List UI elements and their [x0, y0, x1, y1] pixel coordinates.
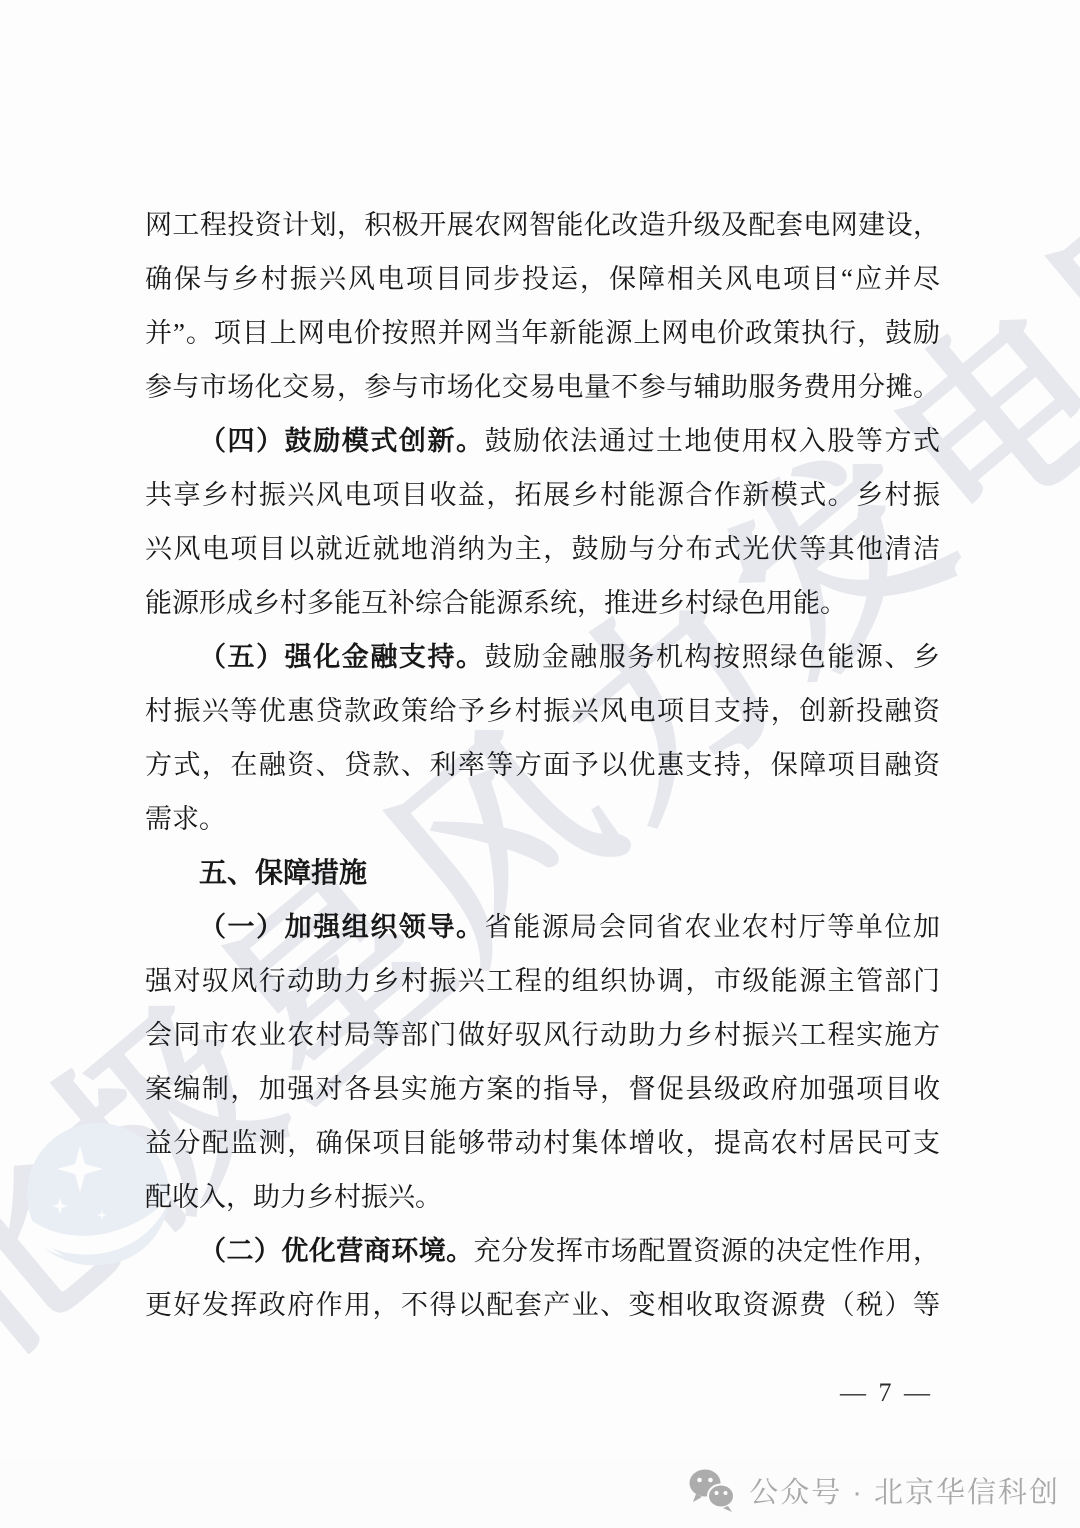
text-segment: （一）加强组织领导。 — [199, 912, 485, 942]
section-heading: 五、保障措施 — [145, 846, 940, 900]
text-segment: 会同市农业农村局等部门做好驭风行动助力乡村振兴工程实施方 — [145, 1020, 940, 1050]
text-line: 配收入，助力乡村振兴。 — [145, 1170, 940, 1224]
text-segment: 网工程投资计划，积极开展农网智能化改造升级及配套电网建设， — [145, 210, 940, 240]
wechat-icon — [687, 1468, 737, 1512]
text-segment: 参与市场化交易，参与市场化交易电量不参与辅助服务费用分摊。 — [145, 372, 940, 402]
text-segment: 配收入，助力乡村振兴。 — [145, 1182, 442, 1212]
document-page: 北极星风力发电网 网工程投资计划，积极开展农网智能化改造升级及配套电网建设，确保… — [0, 0, 1080, 1528]
text-line: 能源形成乡村多能互补综合能源系统，推进乡村绿色用能。 — [145, 576, 940, 630]
text-segment: 案编制，加强对各县实施方案的指导，督促县级政府加强项目收 — [145, 1074, 940, 1104]
text-line: （四）鼓励模式创新。鼓励依法通过土地使用权入股等方式 — [145, 414, 940, 468]
text-segment: 能源形成乡村多能互补综合能源系统，推进乡村绿色用能。 — [145, 588, 847, 618]
text-line: 网工程投资计划，积极开展农网智能化改造升级及配套电网建设， — [145, 198, 940, 252]
text-line: （二）优化营商环境。充分发挥市场配置资源的决定性作用， — [145, 1224, 940, 1278]
text-line: 需求。 — [145, 792, 940, 846]
text-line: 强对驭风行动助力乡村振兴工程的组织协调，市级能源主管部门 — [145, 954, 940, 1008]
footer-label: 公众号 · 北京华信科创 — [749, 1470, 1060, 1511]
text-segment: 强对驭风行动助力乡村振兴工程的组织协调，市级能源主管部门 — [145, 966, 940, 996]
text-segment: 确保与乡村振兴风电项目同步投运，保障相关风电项目“应并尽 — [145, 264, 940, 294]
text-line: （一）加强组织领导。省能源局会同省农业农村厅等单位加 — [145, 900, 940, 954]
text-segment: 益分配监测，确保项目能够带动村集体增收，提高农村居民可支 — [145, 1128, 940, 1158]
text-line: 方式，在融资、贷款、利率等方面予以优惠支持，保障项目融资 — [145, 738, 940, 792]
text-line: 确保与乡村振兴风电项目同步投运，保障相关风电项目“应并尽 — [145, 252, 940, 306]
text-segment: 鼓励依法通过土地使用权入股等方式 — [485, 426, 940, 456]
text-segment: 更好发挥政府作用，不得以配套产业、变相收取资源费（税）等 — [145, 1290, 940, 1320]
text-line: 益分配监测，确保项目能够带动村集体增收，提高农村居民可支 — [145, 1116, 940, 1170]
text-segment: 五、保障措施 — [199, 857, 367, 888]
text-segment: 充分发挥市场配置资源的决定性作用， — [474, 1236, 940, 1266]
text-segment: （四）鼓励模式创新。 — [199, 426, 485, 456]
document-body: 网工程投资计划，积极开展农网智能化改造升级及配套电网建设，确保与乡村振兴风电项目… — [145, 198, 940, 1332]
text-segment: 兴风电项目以就近就地消纳为主，鼓励与分布式光伏等其他清洁 — [145, 534, 940, 564]
text-line: 参与市场化交易，参与市场化交易电量不参与辅助服务费用分摊。 — [145, 360, 940, 414]
text-segment: 省能源局会同省农业农村厅等单位加 — [485, 912, 940, 942]
text-segment: 方式，在融资、贷款、利率等方面予以优惠支持，保障项目融资 — [145, 750, 940, 780]
footer: 公众号 · 北京华信科创 — [687, 1464, 1060, 1516]
page-number: — 7 — — [840, 1378, 933, 1408]
text-segment: 村振兴等优惠贷款政策给予乡村振兴风电项目支持，创新投融资 — [145, 696, 940, 726]
text-line: 并”。项目上网电价按照并网当年新能源上网电价政策执行，鼓励 — [145, 306, 940, 360]
text-segment: （二）优化营商环境。 — [199, 1236, 474, 1266]
text-line: 共享乡村振兴风电项目收益，拓展乡村能源合作新模式。乡村振 — [145, 468, 940, 522]
text-line: 兴风电项目以就近就地消纳为主，鼓励与分布式光伏等其他清洁 — [145, 522, 940, 576]
text-segment: 鼓励金融服务机构按照绿色能源、乡 — [485, 642, 940, 672]
text-line: 案编制，加强对各县实施方案的指导，督促县级政府加强项目收 — [145, 1062, 940, 1116]
text-segment: 共享乡村振兴风电项目收益，拓展乡村能源合作新模式。乡村振 — [145, 480, 940, 510]
text-segment: 需求。 — [145, 804, 226, 834]
text-line: 更好发挥政府作用，不得以配套产业、变相收取资源费（税）等 — [145, 1278, 940, 1332]
text-line: 会同市农业农村局等部门做好驭风行动助力乡村振兴工程实施方 — [145, 1008, 940, 1062]
text-line: 村振兴等优惠贷款政策给予乡村振兴风电项目支持，创新投融资 — [145, 684, 940, 738]
text-line: （五）强化金融支持。鼓励金融服务机构按照绿色能源、乡 — [145, 630, 940, 684]
text-segment: （五）强化金融支持。 — [199, 642, 485, 672]
text-segment: 并”。项目上网电价按照并网当年新能源上网电价政策执行，鼓励 — [145, 318, 940, 348]
